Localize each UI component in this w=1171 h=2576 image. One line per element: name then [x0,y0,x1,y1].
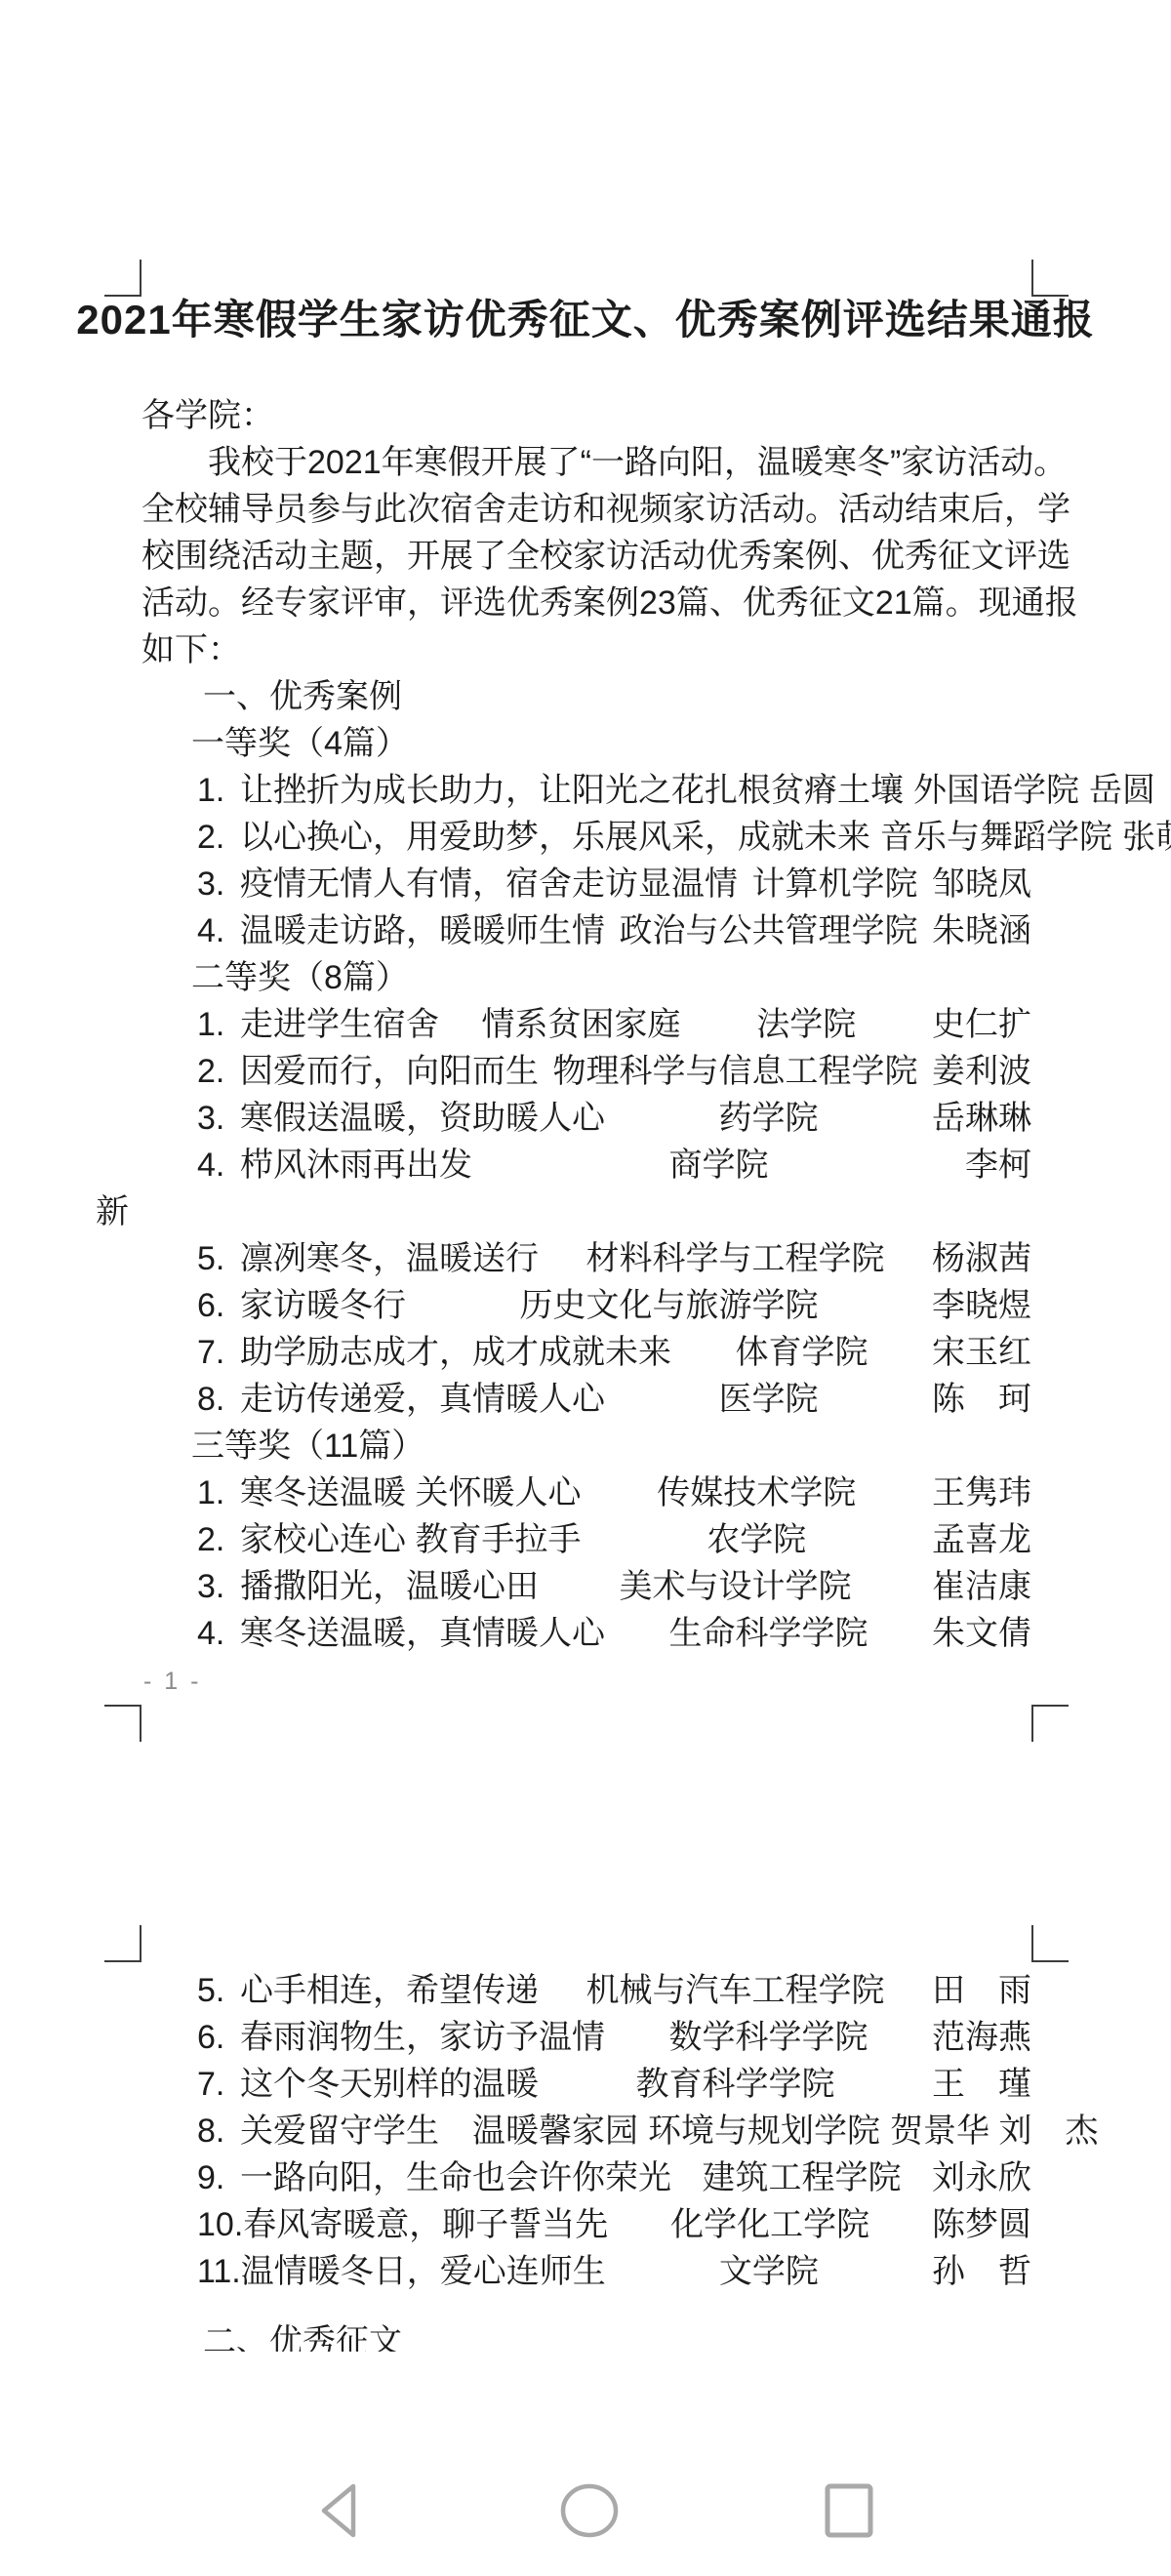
row-name: 范海燕 [932,2014,1031,2061]
row-college: 化学化工学院 [661,2201,879,2248]
award-row: 3.寒假送温暖，资助暖人心 药学院 岳琳琳 [0,1095,1171,1142]
row-college: 物理科学与信息工程学院 [544,1048,928,1095]
second-prize-heading: 二等奖（8篇） [0,954,1171,1001]
row-college: 建筑工程学院 [693,2154,911,2201]
row-number: 1. [197,1001,240,1048]
row-college: 生命科学学院 [660,1610,878,1657]
row-name: 史仁扩 [932,1001,1031,1048]
page2-topleft-crop-mark [104,1925,141,1962]
page-1: 2021年寒假学生家访优秀征文、优秀案例评选结果通报 各学院： 我校于2021年… [0,293,1171,1696]
row-number: 8. [197,1376,240,1423]
row-name: 宋玉红 [932,1329,1031,1376]
row-college: 历史文化与旅游学院 [510,1282,828,1329]
paragraph-line: 全校辅导员参与此次宿舍走访和视频家访活动。活动结束后，学 [0,486,1171,533]
row-name: 孟喜龙 [932,1516,1031,1563]
row-name: 崔洁康 [932,1563,1031,1610]
row-college: 机械与汽车工程学院 [577,1967,895,2014]
wrapped-name-overflow: 新 [0,1188,1171,1235]
row-college: 材料科学与工程学院 [577,1235,895,1282]
row-number: 3. [197,1095,240,1142]
row-title: 寒假送温暖，资助暖人心 [240,1100,605,1137]
page-2: 5.心手相连，希望传递 机械与汽车工程学院 田 雨 6.春雨润物生，家访予温情 … [0,1967,1171,2352]
row-college: 文学院 [709,2248,828,2295]
row-title: 疫情无情人有情，宿舍走访显温情 [240,865,738,903]
row-title: 栉风沐雨再出发 [240,1147,472,1184]
row-title: 凛冽寒冬，温暖送行 [240,1240,539,1277]
row-title: 寒冬送温暖，真情暖人心 [240,1615,605,1652]
row-title: 因爱而行，向阳而生 [240,1053,539,1090]
row-title: 心手相连，希望传递 [240,1972,539,2009]
award-row: 9.一路向阳，生命也会许你荣光 建筑工程学院 刘永欣 [0,2154,1171,2201]
row-name: 陈 珂 [932,1376,1031,1423]
salutation: 各学院： [0,392,1171,439]
row-name: 张萌 [1122,814,1171,861]
row-college: 环境与规划学院 [638,2108,890,2154]
row-name: 陈梦圆 [932,2201,1031,2248]
row-number: 7. [197,2061,240,2108]
row-title: 寒冬送温暖 关怀暖人心 [240,1474,581,1511]
row-title: 助学励志成才，成才成就未来 [240,1334,671,1371]
row-name: 王隽玮 [932,1469,1031,1516]
award-row: 1.走进学生宿舍 情系贫困家庭 法学院 史仁扩 [0,1001,1171,1048]
row-number: 3. [197,861,240,907]
row-college: 医学院 [709,1376,828,1423]
row-name: 朱文倩 [932,1610,1031,1657]
row-number: 10. [197,2201,243,2248]
award-row: 2.家校心连心 教育手拉手 农学院 孟喜龙 [0,1516,1171,1563]
row-number: 2. [197,814,240,861]
row-name: 田 雨 [932,1967,1031,2014]
row-college: 传媒技术学院 [647,1469,866,1516]
row-number: 4. [197,907,240,954]
award-row: 2.因爱而行，向阳而生 物理科学与信息工程学院 姜利波 [0,1048,1171,1095]
row-title: 走进学生宿舍 情系贫困家庭 [240,1006,680,1043]
home-icon[interactable] [558,2482,621,2544]
paragraph-line: 活动。经专家评审，评选优秀案例23篇、优秀征文21篇。现通报 [0,580,1171,626]
row-name: 杨淑茜 [932,1235,1031,1282]
row-name: 岳琳琳 [932,1095,1031,1142]
award-row: 4.栉风沐雨再出发 商学院 李柯 [0,1142,1171,1188]
row-name: 刘永欣 [932,2154,1031,2201]
row-title: 温暖走访路，暖暖师生情 [240,912,605,949]
row-number: 5. [197,1235,240,1282]
row-college: 外国语学院 [904,767,1089,814]
award-row: 1.让挫折为成长助力，让阳光之花扎根贫瘠土壤 外国语学院 岳圆 [0,767,1171,814]
row-name: 朱晓涵 [932,907,1031,954]
row-number: 6. [197,2014,240,2061]
award-row: 5.凛冽寒冬，温暖送行 材料科学与工程学院 杨淑茜 [0,1235,1171,1282]
row-title: 这个冬天别样的温暖 [240,2066,539,2103]
award-row: 6.春雨润物生，家访予温情 数学科学学院 范海燕 [0,2014,1171,2061]
row-number: 4. [197,1610,240,1657]
row-number: 11. [197,2248,241,2295]
row-college: 美术与设计学院 [610,1563,862,1610]
award-row: 7.这个冬天别样的温暖 教育科学学院 王 瑾 [0,2061,1171,2108]
award-row: 4.温暖走访路，暖暖师生情 政治与公共管理学院 朱晓涵 [0,907,1171,954]
row-title: 播撒阳光，温暖心田 [240,1568,539,1605]
row-title: 一路向阳，生命也会许你荣光 [240,2159,671,2196]
page1-bottomleft-crop-mark [104,1705,141,1742]
row-name: 李晓煜 [932,1282,1031,1329]
page1-topleft-crop-mark [104,260,141,297]
row-number: 2. [197,1516,240,1563]
recents-icon[interactable] [824,2482,874,2544]
row-college: 计算机学院 [743,861,928,907]
page1-bottomright-crop-mark [1031,1705,1069,1742]
row-number: 1. [197,767,240,814]
row-name: 孙 哲 [932,2248,1031,2295]
row-number: 6. [197,1282,240,1329]
award-row: 1.寒冬送温暖 关怀暖人心 传媒技术学院 王隽玮 [0,1469,1171,1516]
row-number: 1. [197,1469,240,1516]
first-prize-heading: 一等奖（4篇） [0,720,1171,767]
row-college: 数学科学学院 [660,2014,878,2061]
row-college: 教育科学学院 [626,2061,845,2108]
section2-heading: 二、优秀征文 [0,2318,1171,2352]
row-number: 8. [197,2108,240,2154]
section1-heading: 一、优秀案例 [0,673,1171,720]
award-row: 4.寒冬送温暖，真情暖人心 生命科学学院 朱文倩 [0,1610,1171,1657]
award-row: 11.温情暖冬日，爱心连师生 文学院 孙 哲 [0,2248,1171,2295]
row-name: 李柯 [965,1142,1031,1188]
row-college: 药学院 [709,1095,828,1142]
award-row: 8.走访传递爱，真情暖人心 医学院 陈 珂 [0,1376,1171,1423]
row-name: 姜利波 [932,1048,1031,1095]
award-row: 8.关爱留守学生 温暖馨家园 环境与规划学院 贺景华 刘 杰 [0,2108,1171,2154]
row-college: 体育学院 [726,1329,878,1376]
page1-topright-crop-mark [1031,260,1069,297]
row-number: 5. [197,1967,240,2014]
phone-screen: 2021年寒假学生家访优秀征文、优秀案例评选结果通报 各学院： 我校于2021年… [0,0,1171,2576]
row-name: 贺景华 刘 杰 [890,2108,1098,2154]
row-number: 7. [197,1329,240,1376]
award-row: 5.心手相连，希望传递 机械与汽车工程学院 田 雨 [0,1967,1171,2014]
row-title: 家访暖冬行 [240,1287,406,1324]
award-row: 2.以心换心，用爱助梦，乐展风采，成就未来 音乐与舞蹈学院 张萌 [0,814,1171,861]
award-row: 3.播撒阳光，温暖心田 美术与设计学院 崔洁康 [0,1563,1171,1610]
page2-topright-crop-mark [1031,1925,1069,1962]
award-row: 7.助学励志成才，成才成就未来 体育学院 宋玉红 [0,1329,1171,1376]
third-prize-heading: 三等奖（11篇） [0,1423,1171,1469]
android-navbar [0,2478,1171,2547]
row-title: 春雨润物生，家访予温情 [240,2019,605,2056]
row-college: 农学院 [697,1516,816,1563]
row-number: 3. [197,1563,240,1610]
row-number: 9. [197,2154,240,2201]
award-row: 10.春风寄暖意，聊子誓当先 化学化工学院 陈梦圆 [0,2201,1171,2248]
row-number: 2. [197,1048,240,1095]
paragraph-line: 校围绕活动主题，开展了全校家访活动优秀案例、优秀征文评选 [0,533,1171,580]
paragraph-line: 我校于2021年寒假开展了“一路向阳，温暖寒冬”家访活动。 [0,439,1171,486]
award-row: 3.疫情无情人有情，宿舍走访显温情 计算机学院 邹晓凤 [0,861,1171,907]
row-title: 关爱留守学生 温暖馨家园 [240,2113,638,2150]
row-college: 商学院 [660,1142,779,1188]
page-number: - 1 - [0,1667,1171,1696]
row-number: 4. [197,1142,240,1188]
row-title: 家校心连心 教育手拉手 [240,1521,581,1558]
row-college: 音乐与舞蹈学院 [870,814,1122,861]
row-name: 邹晓凤 [932,861,1031,907]
award-row: 6.家访暖冬行 历史文化与旅游学院 李晓煜 [0,1282,1171,1329]
row-college: 政治与公共管理学院 [610,907,928,954]
document-title: 2021年寒假学生家访优秀征文、优秀案例评选结果通报 [0,293,1171,347]
row-title: 走访传递爱，真情暖人心 [240,1381,605,1418]
row-title: 春风寄暖意，聊子誓当先 [243,2206,608,2243]
paragraph-line: 如下： [0,626,1171,673]
row-name: 岳圆 [1089,767,1155,814]
row-title: 温情暖冬日，爱心连师生 [241,2253,606,2290]
back-icon[interactable] [316,2482,365,2544]
row-title: 以心换心，用爱助梦，乐展风采，成就未来 [240,819,870,856]
row-college: 法学院 [747,1001,866,1048]
row-title: 让挫折为成长助力，让阳光之花扎根贫瘠土壤 [240,772,904,809]
row-name: 王 瑾 [932,2061,1031,2108]
section2-heading-clipped: 二、优秀征文 [0,2318,1171,2352]
